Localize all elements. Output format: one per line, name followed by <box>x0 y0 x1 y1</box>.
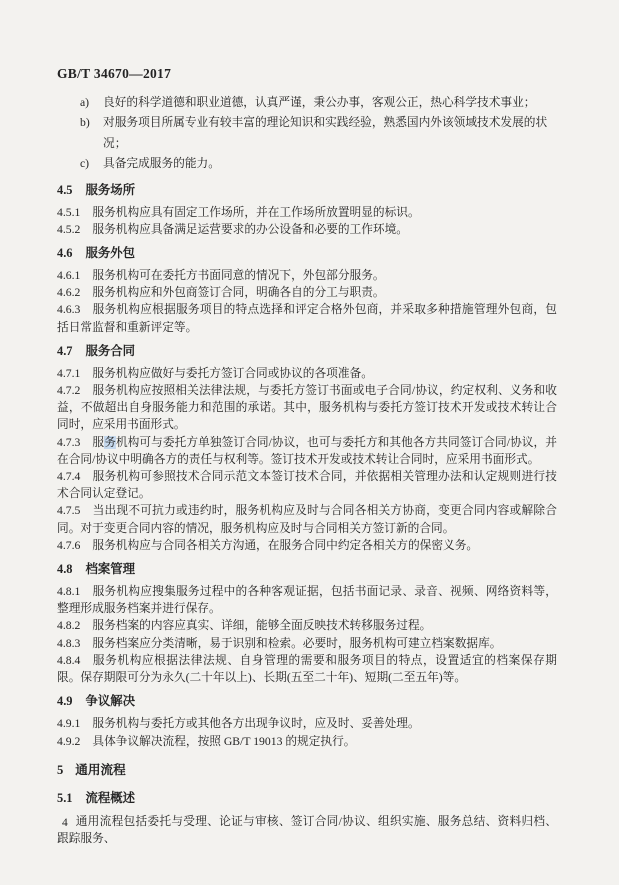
clause-text: 服务机构与委托方或其他各方出现争议时，应及时、妥善处理。 <box>92 717 419 730</box>
section-heading: 4.5服务场所 <box>57 181 557 199</box>
list-marker: b) <box>80 113 103 154</box>
clause-number: 4.9.1 <box>57 717 80 730</box>
section-heading: 4.9争议解决 <box>57 692 557 710</box>
heading-title: 服务场所 <box>86 183 136 197</box>
clause-number: 4.8.4 <box>57 654 80 667</box>
clause: 4.8.2服务档案的内容应真实、详细，能够全面反映技术转移服务过程。 <box>57 617 557 634</box>
clause-number: 4.5.2 <box>57 223 80 236</box>
clause-number: 4.6.1 <box>57 269 80 282</box>
heading-number: 4.5 <box>57 183 73 197</box>
clause-text: 服务机构应与合同各相关方沟通，在服务合同中约定各相关方的保密义务。 <box>92 539 478 552</box>
clause-text: 服务机构应具备满足运营要求的办公设备和必要的工作环境。 <box>92 223 408 236</box>
section-heading: 4.6服务外包 <box>57 244 557 262</box>
document-body: a)良好的科学道德和职业道德，认真严谨，秉公办事，客观公正，热心科学技术事业；b… <box>57 90 557 847</box>
clause-number: 4.9.2 <box>57 735 80 748</box>
clause: 4.5.2服务机构应具备满足运营要求的办公设备和必要的工作环境。 <box>57 221 557 238</box>
section-heading: 4.7服务合同 <box>57 342 557 360</box>
clause: 4.8.3服务档案应分类清晰，易于识别和检索。必要时，服务机构可建立档案数据库。 <box>57 635 557 652</box>
heading-title: 服务外包 <box>86 246 136 260</box>
clause-text: 服务档案应分类清晰，易于识别和检索。必要时，服务机构可建立档案数据库。 <box>92 637 501 650</box>
clause-number: 4.7.6 <box>57 539 80 552</box>
clause-number: 4.8.3 <box>57 637 80 650</box>
list-item: c)具备完成服务的能力。 <box>57 154 557 174</box>
scan-highlight-artifact: 务 <box>104 436 116 449</box>
clause-text: 服务机构可在委托方书面同意的情况下，外包部分服务。 <box>92 269 384 282</box>
clause-number: 4.6.3 <box>57 303 80 316</box>
clause: 4.8.1服务机构应搜集服务过程中的各种客观证据，包括书面记录、录音、视频、网络… <box>57 583 557 617</box>
clause: 4.9.1服务机构与委托方或其他各方出现争议时，应及时、妥善处理。 <box>57 715 557 732</box>
clause-text: 服务机构可与委托方单独签订合同/协议，也可与委托方和其他各方共同签订合同/协议，… <box>57 436 557 466</box>
clause-text: 服务机构应按照相关法律法规，与委托方签订书面或电子合同/协议，约定权利、义务和收… <box>57 384 557 431</box>
paragraph: 通用流程包括委托与受理、论证与审核、签订合同/协议、组织实施、服务总结、资料归档… <box>57 813 557 847</box>
clause: 4.7.1服务机构应做好与委托方签订合同或协议的各项准备。 <box>57 365 557 382</box>
clause: 4.5.1服务机构应具有固定工作场所，并在工作场所放置明显的标识。 <box>57 204 557 221</box>
section-heading: 5.1流程概述 <box>57 789 557 807</box>
clause: 4.8.4服务机构应根据法律法规、自身管理的需要和服务项目的特点，设置适宜的档案… <box>57 652 557 686</box>
clause-number: 4.7.4 <box>57 470 80 483</box>
page-number: 4 <box>62 817 68 829</box>
clause: 4.7.5当出现不可抗力或违约时，服务机构应及时与合同各相关方协商，变更合同内容… <box>57 502 557 536</box>
clause-number: 4.8.2 <box>57 619 80 632</box>
list-text: 具备完成服务的能力。 <box>103 154 557 174</box>
heading-title: 通用流程 <box>75 763 125 777</box>
heading-title: 档案管理 <box>86 562 136 576</box>
clause-number: 4.6.2 <box>57 286 80 299</box>
heading-number: 4.6 <box>57 246 73 260</box>
section-heading: 4.8档案管理 <box>57 560 557 578</box>
clause: 4.7.6服务机构应与合同各相关方沟通，在服务合同中约定各相关方的保密义务。 <box>57 537 557 554</box>
clause-number: 4.7.1 <box>57 367 80 380</box>
clause-text: 服务档案的内容应真实、详细，能够全面反映技术转移服务过程。 <box>92 619 431 632</box>
clause-text: 服务机构应根据法律法规、自身管理的需要和服务项目的特点，设置适宜的档案保存期限。… <box>57 654 557 684</box>
clause-number: 4.5.1 <box>57 206 80 219</box>
heading-number: 5 <box>57 763 63 777</box>
clause-text: 服务机构应搜集服务过程中的各种客观证据，包括书面记录、录音、视频、网络资料等，整… <box>57 585 557 615</box>
document-page: GB/T 34670—2017 a)良好的科学道德和职业道德，认真严谨，秉公办事… <box>0 0 619 885</box>
clause-text: 服务机构应做好与委托方签订合同或协议的各项准备。 <box>92 367 373 380</box>
clause: 4.6.1服务机构可在委托方书面同意的情况下，外包部分服务。 <box>57 267 557 284</box>
clause-number: 4.7.3 <box>57 436 80 449</box>
clause-text: 服务机构可参照技术合同示范文本签订技术合同，并依据相关管理办法和认定规则进行技术… <box>57 470 557 500</box>
list-item: a)良好的科学道德和职业道德，认真严谨，秉公办事，客观公正，热心科学技术事业； <box>57 93 557 113</box>
heading-number: 4.9 <box>57 694 73 708</box>
heading-title: 争议解决 <box>86 694 136 708</box>
list-marker: a) <box>80 93 103 113</box>
standard-number-header: GB/T 34670—2017 <box>57 66 171 82</box>
paragraph-text: 通用流程包括委托与受理、论证与审核、签订合同/协议、组织实施、服务总结、资料归档… <box>57 815 557 845</box>
heading-number: 4.7 <box>57 344 73 358</box>
clause-text: 当出现不可抗力或违约时，服务机构应及时与合同各相关方协商，变更合同内容或解除合同… <box>57 504 557 534</box>
clause: 4.7.2服务机构应按照相关法律法规，与委托方签订书面或电子合同/协议，约定权利… <box>57 382 557 434</box>
clause-text: 服务机构应具有固定工作场所，并在工作场所放置明显的标识。 <box>92 206 419 219</box>
clause-number: 4.7.2 <box>57 384 80 397</box>
heading-number: 4.8 <box>57 562 73 576</box>
list-text: 对服务项目所属专业有较丰富的理论知识和实践经验，熟悉国内外该领域技术发展的状况； <box>103 113 557 154</box>
list-marker: c) <box>80 154 103 174</box>
heading-title: 流程概述 <box>86 791 136 805</box>
chapter-heading: 5通用流程 <box>57 761 557 779</box>
clause-number: 4.7.5 <box>57 504 80 517</box>
list-item: b)对服务项目所属专业有较丰富的理论知识和实践经验，熟悉国内外该领域技术发展的状… <box>57 113 557 154</box>
clause: 4.7.4服务机构可参照技术合同示范文本签订技术合同，并依据相关管理办法和认定规… <box>57 468 557 502</box>
clause: 4.9.2具体争议解决流程，按照 GB/T 19013 的规定执行。 <box>57 733 557 750</box>
clause: 4.6.3服务机构应根据服务项目的特点选择和评定合格外包商，并采取多种措施管理外… <box>57 301 557 335</box>
clause: 4.6.2服务机构应和外包商签订合同，明确各自的分工与职责。 <box>57 284 557 301</box>
clause-text: 服务机构应根据服务项目的特点选择和评定合格外包商，并采取多种措施管理外包商，包括… <box>57 303 557 333</box>
list-text: 良好的科学道德和职业道德，认真严谨，秉公办事，客观公正，热心科学技术事业； <box>103 93 557 113</box>
clause-text: 服务机构应和外包商签订合同，明确各自的分工与职责。 <box>92 286 384 299</box>
clause-text: 具体争议解决流程，按照 GB/T 19013 的规定执行。 <box>92 735 355 748</box>
heading-title: 服务合同 <box>86 344 136 358</box>
clause: 4.7.3服务机构可与委托方单独签订合同/协议，也可与委托方和其他各方共同签订合… <box>57 434 557 468</box>
heading-number: 5.1 <box>57 791 73 805</box>
clause-number: 4.8.1 <box>57 585 80 598</box>
